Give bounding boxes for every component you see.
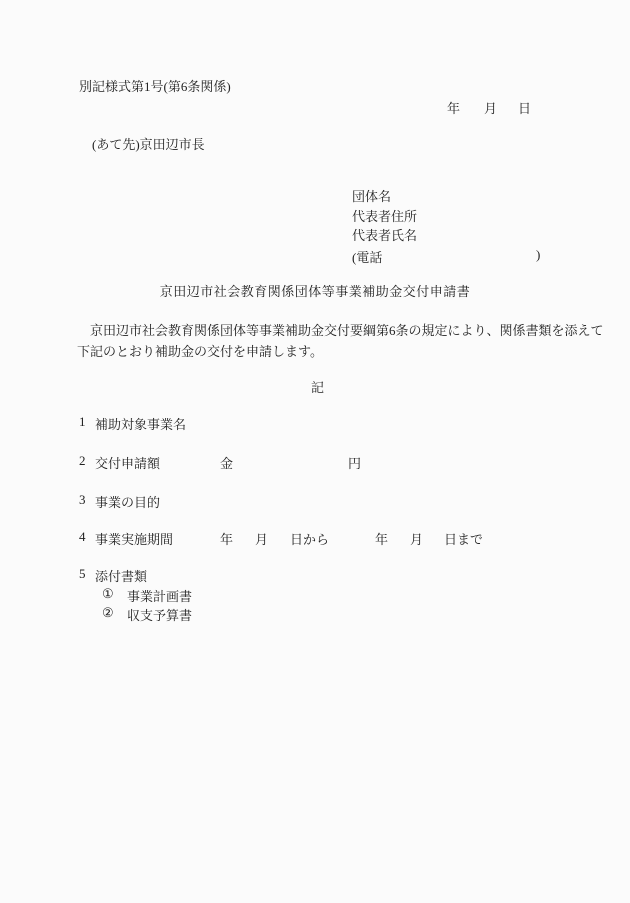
item-5-label: 添付書類 [95,566,147,585]
amount-kin-label: 金 [220,453,233,472]
period-month-from-label: 月 [255,529,268,548]
period-month-to-label: 月 [410,529,423,548]
phone-label-open-paren: (電話 [352,247,382,266]
item-2-number: 2 [79,453,86,469]
addressee: (あて先)京田辺市長 [92,137,205,153]
item-4-number: 4 [79,529,86,545]
attachment-2-number: ② [102,605,114,621]
attachment-1-number: ① [102,586,114,602]
body-paragraph-line1: 京田辺市社会教育関係団体等事業補助金交付要綱第6条の規定により、関係書類を添えて [77,323,604,339]
period-day-from-label: 日から [290,529,329,548]
item-4-label: 事業実施期間 [95,529,173,548]
date-day-label: 日 [518,98,531,117]
document-title: 京田辺市社会教育関係団体等事業補助金交付申請書 [0,284,630,300]
item-3-label: 事業の目的 [95,492,160,511]
representative-address-label: 代表者住所 [352,209,417,225]
item-1-number: 1 [79,414,86,430]
period-year-to-label: 年 [375,529,388,548]
representative-name-label: 代表者氏名 [352,228,417,244]
attachment-2-label: 収支予算書 [127,605,192,624]
phone-close-paren: ) [536,247,540,263]
attachment-1-label: 事業計画書 [127,586,192,605]
group-name-label: 団体名 [352,189,391,205]
date-month-label: 月 [484,98,497,117]
list-marker: 記 [311,380,324,396]
amount-yen-label: 円 [348,453,361,472]
period-year-from-label: 年 [220,529,233,548]
item-5-number: 5 [79,566,86,582]
item-2-label: 交付申請額 [95,453,160,472]
item-1-label: 補助対象事業名 [95,414,186,433]
period-day-to-label: 日まで [444,529,483,548]
date-year-label: 年 [447,98,460,117]
body-paragraph-line2: 下記のとおり補助金の交付を申請します。 [77,344,323,360]
form-number: 別記様式第1号(第6条関係) [79,79,231,95]
item-3-number: 3 [79,492,86,508]
